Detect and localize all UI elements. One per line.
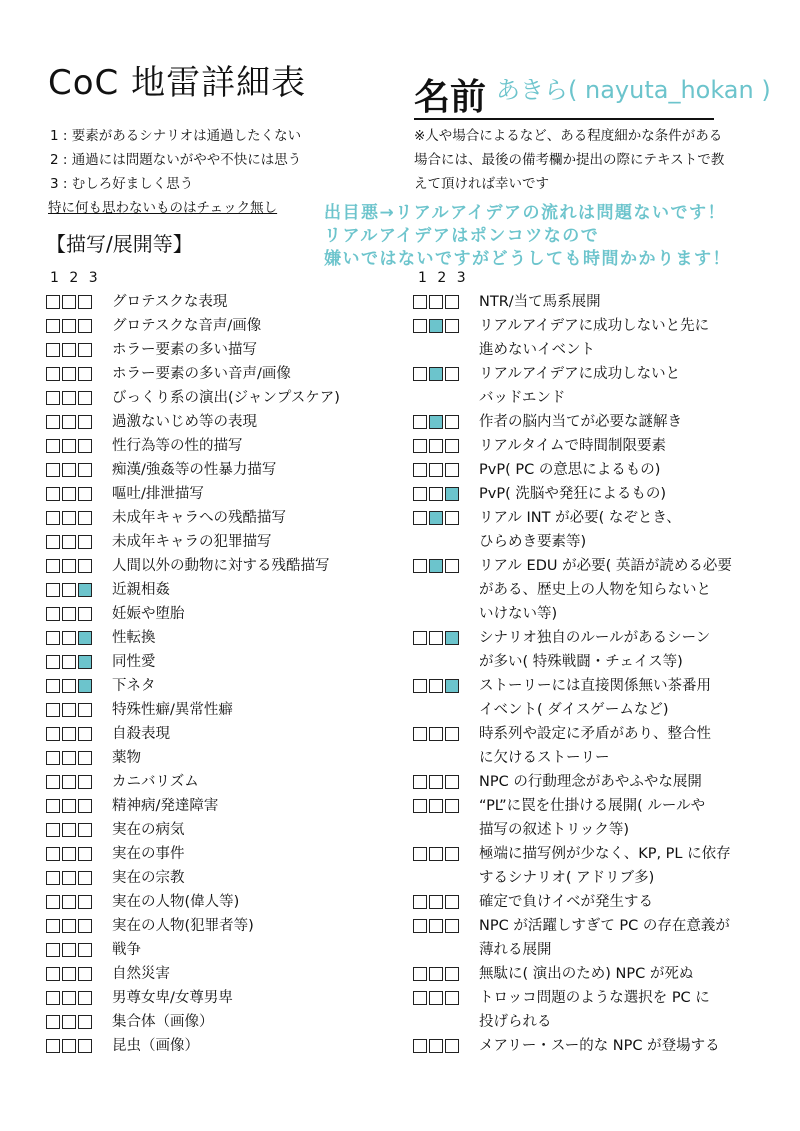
item-label: 自殺表現 bbox=[112, 722, 170, 746]
checkbox-rating-2[interactable] bbox=[429, 631, 443, 645]
legend-line-3: 3 : むしろ好ましく思う bbox=[50, 172, 193, 192]
checkbox-rating-3[interactable] bbox=[78, 487, 92, 501]
checkbox-rating-3[interactable] bbox=[445, 631, 459, 645]
checklist-item: トロッコ問題のような選択を PC に 投げられる bbox=[413, 986, 773, 1034]
checkbox-rating-1[interactable] bbox=[46, 631, 60, 645]
checkbox-rating-1[interactable] bbox=[413, 727, 427, 741]
item-label: 実在の病気 bbox=[112, 818, 185, 842]
checkbox-rating-2[interactable] bbox=[429, 991, 443, 1005]
item-label: グロテスクな表現 bbox=[112, 290, 227, 314]
checkbox-rating-2[interactable] bbox=[62, 847, 76, 861]
rating-checkboxes bbox=[413, 842, 479, 861]
checklist-item: 精神病/発達障害 bbox=[46, 794, 386, 818]
checkbox-rating-2[interactable] bbox=[62, 919, 76, 933]
checkbox-rating-3[interactable] bbox=[78, 1015, 92, 1029]
checkbox-rating-3[interactable] bbox=[78, 943, 92, 957]
rating-checkboxes bbox=[413, 314, 479, 333]
checklist-item: 戦争 bbox=[46, 938, 386, 962]
checkbox-rating-2[interactable] bbox=[62, 823, 76, 837]
checklist-item: 未成年キャラへの残酷描写 bbox=[46, 506, 386, 530]
checklist-item: 性転換 bbox=[46, 626, 386, 650]
item-label: 作者の脳内当てが必要な謎解き bbox=[479, 410, 682, 434]
checkbox-rating-1[interactable] bbox=[413, 1039, 427, 1053]
checkbox-rating-3[interactable] bbox=[78, 727, 92, 741]
checkbox-rating-3[interactable] bbox=[445, 679, 459, 693]
checklist-item: 確定で負けイベが発生する bbox=[413, 890, 773, 914]
item-label: 無駄に( 演出のため) NPC が死ぬ bbox=[479, 962, 693, 986]
rating-checkboxes bbox=[46, 554, 112, 573]
item-label: 時系列や設定に矛盾があり、整合性 に欠けるストーリー bbox=[479, 722, 711, 770]
checkbox-rating-2[interactable] bbox=[62, 751, 76, 765]
rating-checkboxes bbox=[46, 746, 112, 765]
checkbox-rating-1[interactable] bbox=[46, 943, 60, 957]
checkbox-rating-3[interactable] bbox=[78, 679, 92, 693]
checkbox-rating-3[interactable] bbox=[445, 295, 459, 309]
item-label: リアル INT が必要( なぞとき、 ひらめき要素等) bbox=[479, 506, 681, 554]
checkbox-rating-2[interactable] bbox=[62, 967, 76, 981]
legend-line-2: 2 : 通過には問題ないがやや不快には思う bbox=[50, 148, 301, 168]
checkbox-rating-3[interactable] bbox=[78, 583, 92, 597]
checkbox-rating-3[interactable] bbox=[78, 871, 92, 885]
checklist-item: ホラー要素の多い描写 bbox=[46, 338, 386, 362]
rating-checkboxes bbox=[46, 410, 112, 429]
column-header-right: 1 2 3 bbox=[418, 270, 469, 286]
item-label: 痴漢/強姦等の性暴力描写 bbox=[112, 458, 276, 482]
rating-checkboxes bbox=[46, 674, 112, 693]
checkbox-rating-2[interactable] bbox=[62, 319, 76, 333]
checklist-item: 実在の病気 bbox=[46, 818, 386, 842]
checklist-item: 時系列や設定に矛盾があり、整合性 に欠けるストーリー bbox=[413, 722, 773, 770]
checkbox-rating-2[interactable] bbox=[62, 463, 76, 477]
checkbox-rating-2[interactable] bbox=[429, 727, 443, 741]
item-label: NPC が活躍しすぎて PC の存在意義が 薄れる展開 bbox=[479, 914, 730, 962]
checkbox-rating-1[interactable] bbox=[46, 727, 60, 741]
checkbox-rating-3[interactable] bbox=[78, 1039, 92, 1053]
item-label: カニバリズム bbox=[112, 770, 199, 794]
checkbox-rating-2[interactable] bbox=[62, 415, 76, 429]
checkbox-rating-3[interactable] bbox=[78, 991, 92, 1005]
checkbox-rating-2[interactable] bbox=[62, 775, 76, 789]
checkbox-rating-3[interactable] bbox=[78, 799, 92, 813]
checklist-item: 実在の人物(偉人等) bbox=[46, 890, 386, 914]
checkbox-rating-2[interactable] bbox=[429, 463, 443, 477]
item-label: 男尊女卑/女尊男卑 bbox=[112, 986, 233, 1010]
checkbox-rating-1[interactable] bbox=[46, 487, 60, 501]
checkbox-rating-3[interactable] bbox=[445, 319, 459, 333]
checkbox-rating-2[interactable] bbox=[62, 655, 76, 669]
rating-checkboxes bbox=[46, 626, 112, 645]
item-label: 実在の宗教 bbox=[112, 866, 185, 890]
checkbox-rating-3[interactable] bbox=[78, 463, 92, 477]
checklist-item: 特殊性癖/異常性癖 bbox=[46, 698, 386, 722]
rating-checkboxes bbox=[413, 290, 479, 309]
checkbox-rating-3[interactable] bbox=[78, 919, 92, 933]
checkbox-rating-1[interactable] bbox=[46, 1039, 60, 1053]
checkbox-rating-3[interactable] bbox=[445, 895, 459, 909]
checkbox-rating-2[interactable] bbox=[62, 631, 76, 645]
rating-checkboxes bbox=[46, 818, 112, 837]
checkbox-rating-2[interactable] bbox=[62, 295, 76, 309]
checkbox-rating-1[interactable] bbox=[46, 439, 60, 453]
rating-checkboxes bbox=[46, 602, 112, 621]
checkbox-rating-1[interactable] bbox=[46, 367, 60, 381]
handwritten-comment-line-3: 嫌いではないですがどうしても時間かかります！ bbox=[324, 244, 731, 269]
rating-checkboxes bbox=[46, 362, 112, 381]
rating-checkboxes bbox=[413, 674, 479, 693]
rating-checkboxes bbox=[46, 314, 112, 333]
checkbox-rating-1[interactable] bbox=[413, 367, 427, 381]
rating-checkboxes bbox=[46, 434, 112, 453]
rating-checkboxes bbox=[413, 410, 479, 429]
rating-checkboxes bbox=[46, 482, 112, 501]
checkbox-rating-2[interactable] bbox=[62, 439, 76, 453]
checkbox-rating-2[interactable] bbox=[62, 895, 76, 909]
checklist-item: NTR/当て馬系展開 bbox=[413, 290, 773, 314]
checkbox-rating-3[interactable] bbox=[78, 655, 92, 669]
checkbox-rating-1[interactable] bbox=[413, 895, 427, 909]
checkbox-rating-2[interactable] bbox=[62, 799, 76, 813]
checkbox-rating-3[interactable] bbox=[78, 895, 92, 909]
column-header-left: 1 2 3 bbox=[50, 270, 101, 286]
page-title: CoC 地雷詳細表 bbox=[48, 55, 306, 104]
item-label: 極端に描写例が少なく、KP, PL に依存 するシナリオ( アドリブ多) bbox=[479, 842, 731, 890]
checkbox-rating-2[interactable] bbox=[62, 559, 76, 573]
checkbox-rating-1[interactable] bbox=[413, 511, 427, 525]
checklist-item: びっくり系の演出(ジャンプスケア) bbox=[46, 386, 386, 410]
item-label: 確定で負けイベが発生する bbox=[479, 890, 653, 914]
checklist-item: メアリー・スー的な NPC が登場する bbox=[413, 1034, 773, 1058]
checklist-item: 妊娠や堕胎 bbox=[46, 602, 386, 626]
checkbox-rating-1[interactable] bbox=[413, 799, 427, 813]
rating-checkboxes bbox=[413, 770, 479, 789]
item-label: メアリー・スー的な NPC が登場する bbox=[479, 1034, 720, 1058]
checkbox-rating-2[interactable] bbox=[62, 583, 76, 597]
rating-checkboxes bbox=[413, 794, 479, 813]
item-label: 特殊性癖/異常性癖 bbox=[112, 698, 233, 722]
checkbox-rating-3[interactable] bbox=[445, 559, 459, 573]
checkbox-rating-1[interactable] bbox=[46, 559, 60, 573]
checkbox-rating-2[interactable] bbox=[429, 439, 443, 453]
item-label: リアルアイデアに成功しないと先に 進めないイベント bbox=[479, 314, 709, 362]
checklist-item: リアル EDU が必要( 英語が読める必要 がある、歴史上の人物を知らないと い… bbox=[413, 554, 773, 626]
checkbox-rating-3[interactable] bbox=[78, 535, 92, 549]
checkbox-rating-1[interactable] bbox=[413, 919, 427, 933]
checkbox-rating-2[interactable] bbox=[429, 319, 443, 333]
checkbox-rating-3[interactable] bbox=[445, 1039, 459, 1053]
checkbox-rating-3[interactable] bbox=[78, 607, 92, 621]
item-label: NTR/当て馬系展開 bbox=[479, 290, 601, 314]
checkbox-rating-2[interactable] bbox=[62, 1015, 76, 1029]
checklist-item: カニバリズム bbox=[46, 770, 386, 794]
checkbox-rating-1[interactable] bbox=[413, 775, 427, 789]
checkbox-rating-3[interactable] bbox=[445, 775, 459, 789]
checklist-item: PvP( 洗脳や発狂によるもの) bbox=[413, 482, 773, 506]
checkbox-rating-3[interactable] bbox=[445, 727, 459, 741]
checkbox-rating-1[interactable] bbox=[46, 295, 60, 309]
checklist-item: リアルアイデアに成功しないと バッドエンド bbox=[413, 362, 773, 410]
checkbox-rating-1[interactable] bbox=[46, 415, 60, 429]
item-label: 自然災害 bbox=[112, 962, 170, 986]
checkbox-rating-1[interactable] bbox=[46, 847, 60, 861]
checklist-item: “PL”に罠を仕掛ける展開( ルールや 描写の叙述トリック等) bbox=[413, 794, 773, 842]
checkbox-rating-1[interactable] bbox=[46, 319, 60, 333]
checkbox-rating-2[interactable] bbox=[62, 367, 76, 381]
checkbox-rating-1[interactable] bbox=[46, 511, 60, 525]
item-label: ホラー要素の多い音声/画像 bbox=[112, 362, 291, 386]
checklist-item: 近親相姦 bbox=[46, 578, 386, 602]
item-label: 実在の事件 bbox=[112, 842, 185, 866]
checkbox-rating-1[interactable] bbox=[46, 991, 60, 1005]
checkbox-rating-2[interactable] bbox=[429, 511, 443, 525]
rating-checkboxes bbox=[413, 554, 479, 573]
checkbox-rating-2[interactable] bbox=[62, 703, 76, 717]
checklist-item: 昆虫（画像） bbox=[46, 1034, 386, 1058]
checkbox-rating-3[interactable] bbox=[78, 847, 92, 861]
checkbox-rating-2[interactable] bbox=[429, 487, 443, 501]
checkbox-rating-1[interactable] bbox=[46, 607, 60, 621]
checkbox-rating-1[interactable] bbox=[413, 847, 427, 861]
rating-checkboxes bbox=[46, 290, 112, 309]
item-label: 近親相姦 bbox=[112, 578, 170, 602]
checkbox-rating-3[interactable] bbox=[445, 967, 459, 981]
rating-checkboxes bbox=[413, 362, 479, 381]
checkbox-rating-1[interactable] bbox=[413, 967, 427, 981]
checkbox-rating-2[interactable] bbox=[429, 679, 443, 693]
checkbox-rating-3[interactable] bbox=[78, 343, 92, 357]
handwritten-comment-line-1: 出目悪→リアルアイデアの流れは問題ないです！ bbox=[324, 198, 726, 223]
checkbox-rating-1[interactable] bbox=[46, 655, 60, 669]
checkbox-rating-1[interactable] bbox=[413, 463, 427, 477]
item-label: トロッコ問題のような選択を PC に 投げられる bbox=[479, 986, 710, 1034]
checkbox-rating-1[interactable] bbox=[413, 487, 427, 501]
checkbox-rating-2[interactable] bbox=[62, 679, 76, 693]
checkbox-rating-2[interactable] bbox=[62, 871, 76, 885]
checkbox-rating-1[interactable] bbox=[46, 799, 60, 813]
checklist-item: 作者の脳内当てが必要な謎解き bbox=[413, 410, 773, 434]
item-label: “PL”に罠を仕掛ける展開( ルールや 描写の叙述トリック等) bbox=[479, 794, 705, 842]
name-value: あきら( nayuta_hokan ) bbox=[496, 76, 771, 104]
checkbox-rating-3[interactable] bbox=[445, 487, 459, 501]
checkbox-rating-3[interactable] bbox=[78, 415, 92, 429]
item-label: 嘔吐/排泄描写 bbox=[112, 482, 204, 506]
rating-checkboxes bbox=[46, 914, 112, 933]
checkbox-rating-3[interactable] bbox=[445, 439, 459, 453]
checkbox-rating-3[interactable] bbox=[78, 751, 92, 765]
checkbox-rating-1[interactable] bbox=[46, 919, 60, 933]
rating-checkboxes bbox=[46, 866, 112, 885]
rating-checkboxes bbox=[46, 458, 112, 477]
checklist-item: 下ネタ bbox=[46, 674, 386, 698]
checkbox-rating-2[interactable] bbox=[429, 895, 443, 909]
checklist-item: 自然災害 bbox=[46, 962, 386, 986]
checkbox-rating-3[interactable] bbox=[78, 559, 92, 573]
checkbox-rating-2[interactable] bbox=[62, 535, 76, 549]
checkbox-rating-3[interactable] bbox=[445, 367, 459, 381]
rating-checkboxes bbox=[46, 1034, 112, 1053]
checklist-item: グロテスクな表現 bbox=[46, 290, 386, 314]
rating-checkboxes bbox=[46, 1010, 112, 1029]
checkbox-rating-3[interactable] bbox=[78, 775, 92, 789]
checkbox-rating-2[interactable] bbox=[429, 799, 443, 813]
checklist-item: 男尊女卑/女尊男卑 bbox=[46, 986, 386, 1010]
checkbox-rating-2[interactable] bbox=[62, 1039, 76, 1053]
checklist-item: 性行為等の性的描写 bbox=[46, 434, 386, 458]
item-label: 集合体（画像） bbox=[112, 1010, 214, 1034]
checkbox-rating-3[interactable] bbox=[78, 391, 92, 405]
checkbox-rating-1[interactable] bbox=[46, 751, 60, 765]
checkbox-rating-2[interactable] bbox=[429, 559, 443, 573]
rating-checkboxes bbox=[413, 890, 479, 909]
checkbox-rating-2[interactable] bbox=[62, 727, 76, 741]
item-label: リアルタイムで時間制限要素 bbox=[479, 434, 666, 458]
checkbox-rating-3[interactable] bbox=[445, 415, 459, 429]
item-label: 同性愛 bbox=[112, 650, 156, 674]
checkbox-rating-3[interactable] bbox=[78, 439, 92, 453]
checkbox-rating-1[interactable] bbox=[46, 895, 60, 909]
item-label: NPC の行動理念があやふやな展開 bbox=[479, 770, 702, 794]
checklist-item: 過激ないじめ等の表現 bbox=[46, 410, 386, 434]
checklist-item: NPC の行動理念があやふやな展開 bbox=[413, 770, 773, 794]
checkbox-rating-1[interactable] bbox=[413, 319, 427, 333]
checkbox-rating-1[interactable] bbox=[46, 775, 60, 789]
checkbox-rating-1[interactable] bbox=[413, 679, 427, 693]
checkbox-rating-2[interactable] bbox=[429, 415, 443, 429]
checklist-item: 実在の事件 bbox=[46, 842, 386, 866]
checkbox-rating-1[interactable] bbox=[413, 439, 427, 453]
right-checklist: NTR/当て馬系展開リアルアイデアに成功しないと先に 進めないイベントリアルアイ… bbox=[413, 290, 773, 1058]
checkbox-rating-2[interactable] bbox=[429, 1039, 443, 1053]
checkbox-rating-1[interactable] bbox=[46, 1015, 60, 1029]
rating-checkboxes bbox=[46, 722, 112, 741]
checkbox-rating-2[interactable] bbox=[62, 487, 76, 501]
rating-checkboxes bbox=[46, 986, 112, 1005]
checkbox-rating-2[interactable] bbox=[62, 343, 76, 357]
checkbox-rating-1[interactable] bbox=[46, 679, 60, 693]
rating-checkboxes bbox=[413, 434, 479, 453]
checklist-item: シナリオ独自のルールがあるシーン が多い( 特殊戦闘・チェイス等) bbox=[413, 626, 773, 674]
checkbox-rating-1[interactable] bbox=[46, 871, 60, 885]
rating-checkboxes bbox=[413, 914, 479, 933]
item-label: 性行為等の性的描写 bbox=[112, 434, 243, 458]
checkbox-rating-2[interactable] bbox=[429, 847, 443, 861]
item-label: PvP( 洗脳や発狂によるもの) bbox=[479, 482, 666, 506]
rating-checkboxes bbox=[46, 506, 112, 525]
rating-checkboxes bbox=[46, 650, 112, 669]
checklist-item: ストーリーには直接関係無い茶番用 イベント( ダイスゲームなど) bbox=[413, 674, 773, 722]
checklist-item: 無駄に( 演出のため) NPC が死ぬ bbox=[413, 962, 773, 986]
rating-checkboxes bbox=[46, 842, 112, 861]
checkbox-rating-3[interactable] bbox=[445, 511, 459, 525]
checklist-item: 人間以外の動物に対する残酷描写 bbox=[46, 554, 386, 578]
checkbox-rating-2[interactable] bbox=[62, 391, 76, 405]
checkbox-rating-2[interactable] bbox=[429, 775, 443, 789]
checkbox-rating-2[interactable] bbox=[62, 943, 76, 957]
item-label: 下ネタ bbox=[112, 674, 156, 698]
rating-checkboxes bbox=[413, 482, 479, 501]
checkbox-rating-3[interactable] bbox=[78, 967, 92, 981]
checkbox-rating-2[interactable] bbox=[429, 967, 443, 981]
item-label: びっくり系の演出(ジャンプスケア) bbox=[112, 386, 340, 410]
checkbox-rating-3[interactable] bbox=[445, 919, 459, 933]
rating-checkboxes bbox=[413, 986, 479, 1005]
checklist-item: 自殺表現 bbox=[46, 722, 386, 746]
checklist-item: 未成年キャラの犯罪描写 bbox=[46, 530, 386, 554]
checklist-item: NPC が活躍しすぎて PC の存在意義が 薄れる展開 bbox=[413, 914, 773, 962]
item-label: リアルアイデアに成功しないと バッドエンド bbox=[479, 362, 680, 410]
checkbox-rating-1[interactable] bbox=[413, 295, 427, 309]
checklist-item: 極端に描写例が少なく、KP, PL に依存 するシナリオ( アドリブ多) bbox=[413, 842, 773, 890]
checkbox-rating-2[interactable] bbox=[62, 607, 76, 621]
checkbox-rating-1[interactable] bbox=[46, 535, 60, 549]
checkbox-rating-1[interactable] bbox=[46, 967, 60, 981]
item-label: グロテスクな音声/画像 bbox=[112, 314, 261, 338]
checkbox-rating-3[interactable] bbox=[78, 703, 92, 717]
rating-checkboxes bbox=[46, 770, 112, 789]
name-label: 名前 bbox=[414, 78, 486, 118]
checkbox-rating-1[interactable] bbox=[46, 703, 60, 717]
checkbox-rating-3[interactable] bbox=[78, 823, 92, 837]
checkbox-rating-2[interactable] bbox=[62, 511, 76, 525]
item-label: ストーリーには直接関係無い茶番用 イベント( ダイスゲームなど) bbox=[479, 674, 711, 722]
checklist-item: 集合体（画像） bbox=[46, 1010, 386, 1034]
checkbox-rating-3[interactable] bbox=[78, 631, 92, 645]
checkbox-rating-3[interactable] bbox=[78, 295, 92, 309]
name-field[interactable]: 名前 あきら( nayuta_hokan ) bbox=[414, 76, 714, 120]
checkbox-rating-3[interactable] bbox=[78, 367, 92, 381]
checkbox-rating-3[interactable] bbox=[78, 511, 92, 525]
checkbox-rating-2[interactable] bbox=[429, 295, 443, 309]
rating-checkboxes bbox=[413, 626, 479, 645]
rating-checkboxes bbox=[413, 722, 479, 741]
item-label: 妊娠や堕胎 bbox=[112, 602, 185, 626]
item-label: 性転換 bbox=[112, 626, 156, 650]
rating-checkboxes bbox=[46, 530, 112, 549]
rating-checkboxes bbox=[46, 578, 112, 597]
handwritten-comment-line-2: リアルアイデアはポンコツなので bbox=[324, 221, 599, 246]
checkbox-rating-3[interactable] bbox=[445, 463, 459, 477]
checkbox-rating-1[interactable] bbox=[413, 991, 427, 1005]
item-label: 戦争 bbox=[112, 938, 141, 962]
checkbox-rating-1[interactable] bbox=[46, 823, 60, 837]
checklist-item: リアルアイデアに成功しないと先に 進めないイベント bbox=[413, 314, 773, 362]
item-label: 精神病/発達障害 bbox=[112, 794, 218, 818]
checklist-item: 薬物 bbox=[46, 746, 386, 770]
checkbox-rating-1[interactable] bbox=[413, 631, 427, 645]
item-label: 実在の人物(偉人等) bbox=[112, 890, 239, 914]
left-checklist: グロテスクな表現グロテスクな音声/画像ホラー要素の多い描写ホラー要素の多い音声/… bbox=[46, 290, 386, 1058]
checkbox-rating-1[interactable] bbox=[46, 343, 60, 357]
checklist-item: 実在の人物(犯罪者等) bbox=[46, 914, 386, 938]
rating-checkboxes bbox=[413, 962, 479, 981]
checkbox-rating-3[interactable] bbox=[445, 799, 459, 813]
checklist-item: 痴漢/強姦等の性暴力描写 bbox=[46, 458, 386, 482]
checkbox-rating-1[interactable] bbox=[46, 583, 60, 597]
section-title: 【描写/展開等】 bbox=[46, 228, 193, 257]
checkbox-rating-3[interactable] bbox=[445, 991, 459, 1005]
checkbox-rating-2[interactable] bbox=[62, 991, 76, 1005]
rating-checkboxes bbox=[46, 698, 112, 717]
checkbox-rating-1[interactable] bbox=[46, 391, 60, 405]
checkbox-rating-3[interactable] bbox=[445, 847, 459, 861]
item-label: 未成年キャラへの残酷描写 bbox=[112, 506, 286, 530]
checkbox-rating-2[interactable] bbox=[429, 919, 443, 933]
checkbox-rating-1[interactable] bbox=[413, 559, 427, 573]
legend-note: 特に何も思わないものはチェック無し bbox=[48, 196, 277, 216]
checkbox-rating-1[interactable] bbox=[46, 463, 60, 477]
checkbox-rating-2[interactable] bbox=[429, 367, 443, 381]
checkbox-rating-3[interactable] bbox=[78, 319, 92, 333]
checkbox-rating-1[interactable] bbox=[413, 415, 427, 429]
